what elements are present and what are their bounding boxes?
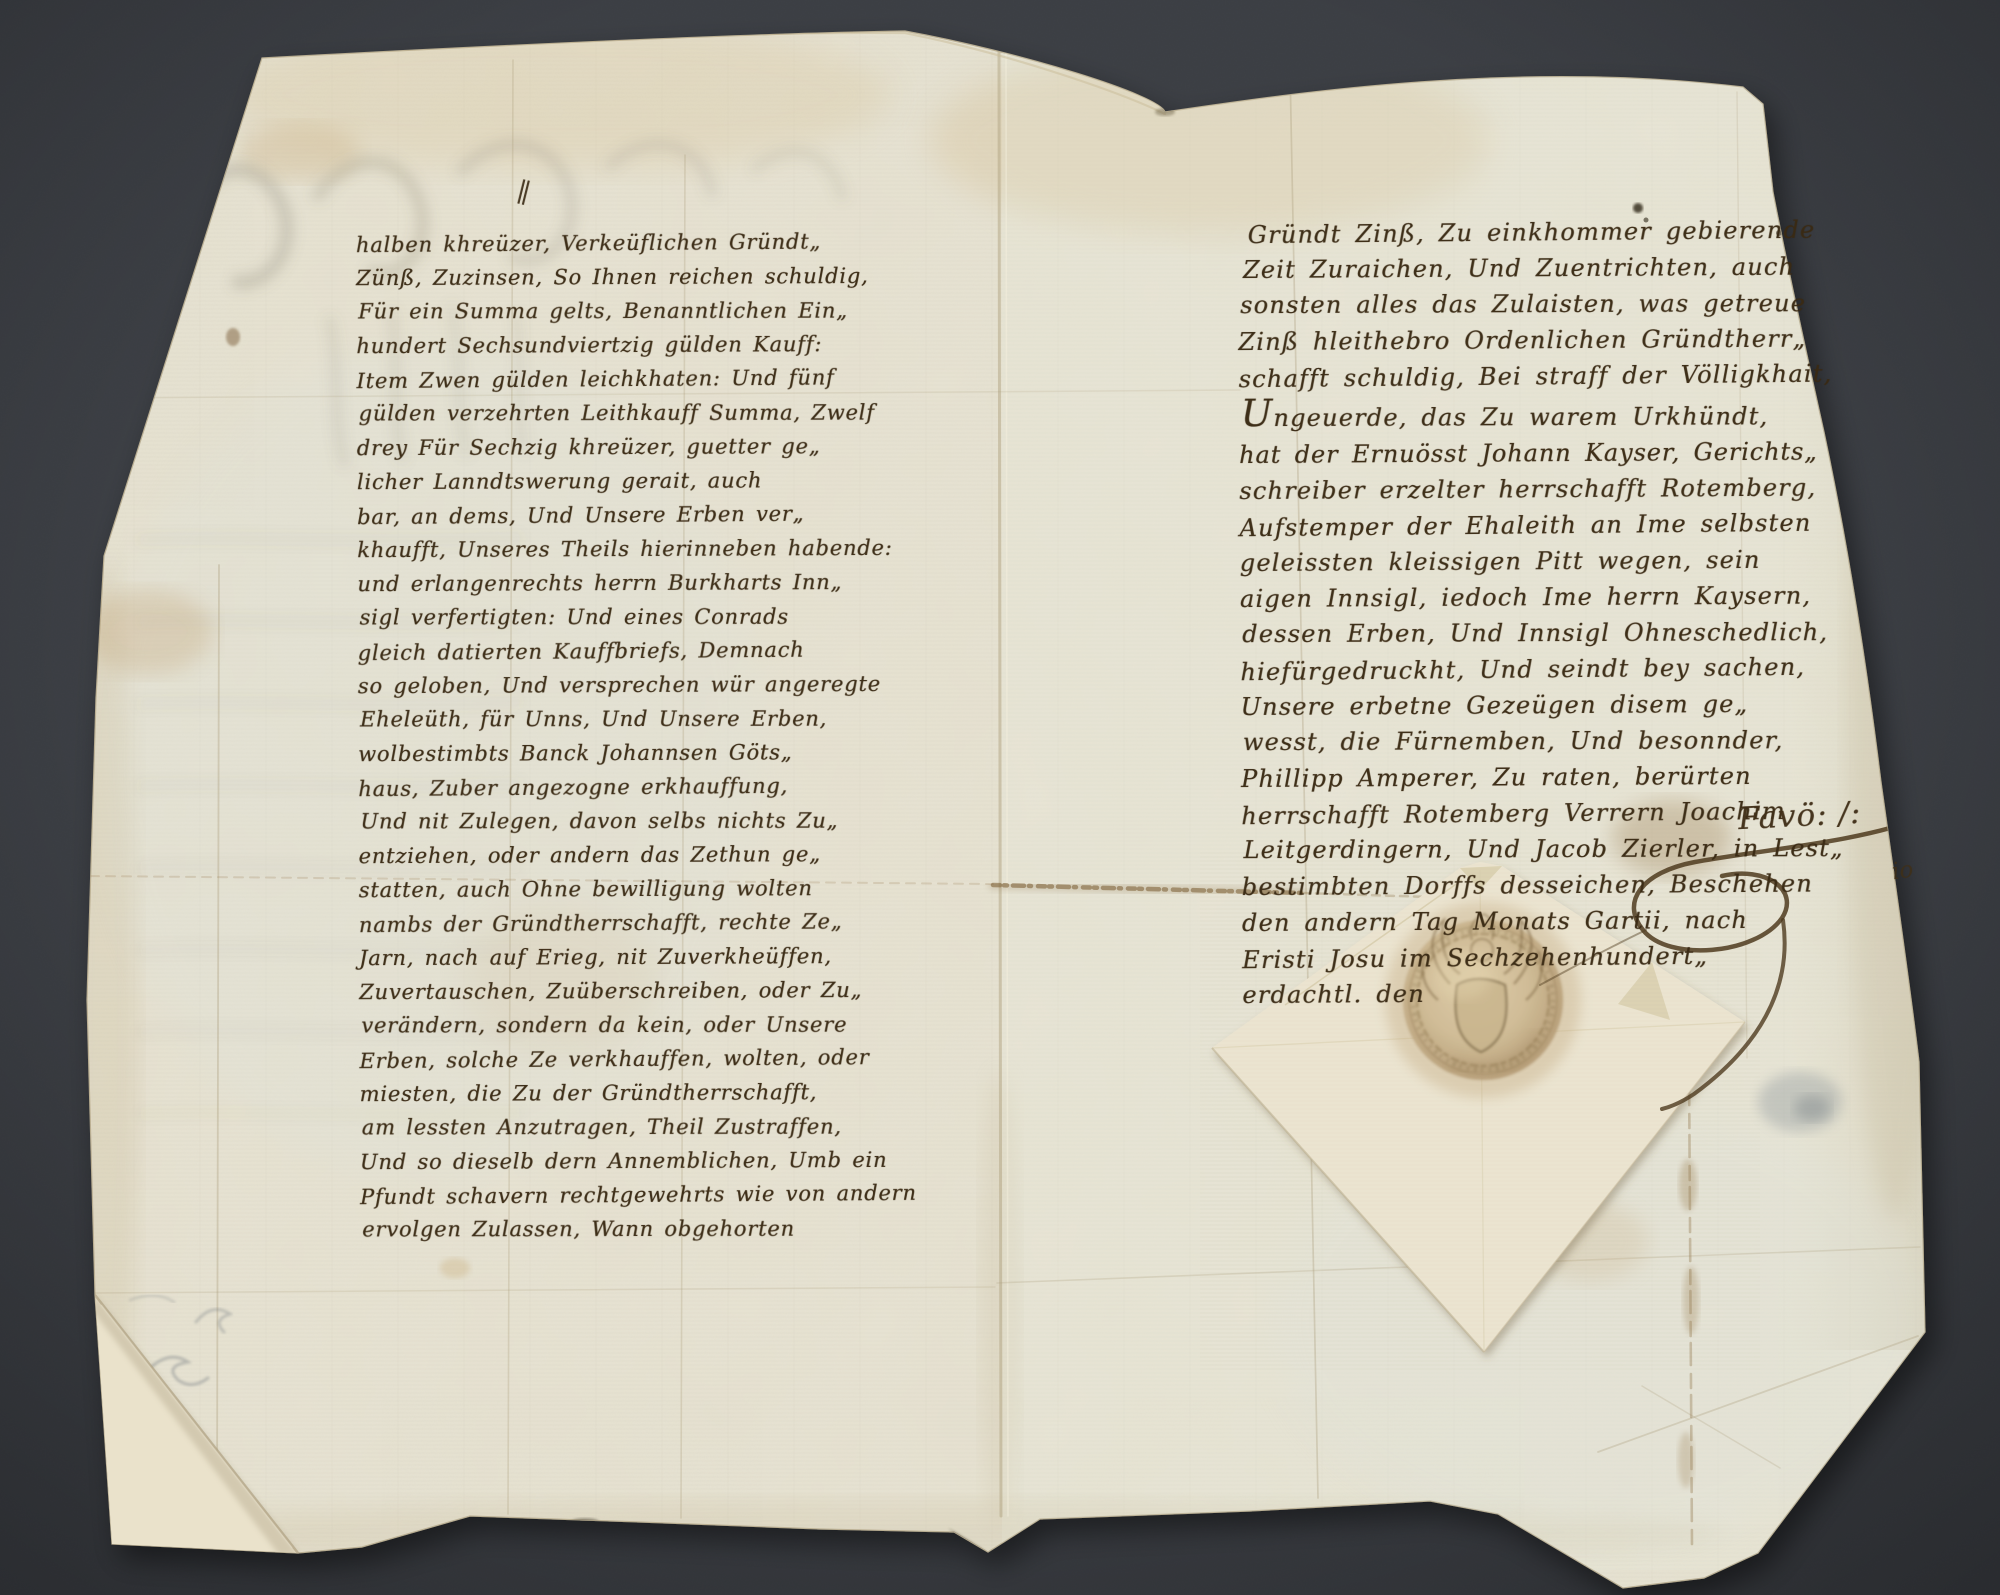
- manuscript-line: bar, an dems, Und Unsere Erben ver„: [357, 496, 917, 534]
- manuscript-line: Leitgerdingern, Und Jacob Zierler, in Le…: [1243, 830, 1923, 868]
- manuscript-line: wolbestimbts Banck Johannsen Göts„: [358, 735, 918, 771]
- closing-flourish-word: Favö: /:: [1737, 795, 1862, 837]
- manuscript-line: ervolgen Zulassen, Wann obgehorten: [362, 1212, 922, 1247]
- manuscript-line: hat der Ernuösst Johann Kayser, Gerichts…: [1239, 433, 1919, 473]
- manuscript-line: Unsere erbetne Gezeügen disem ge„: [1240, 685, 1920, 725]
- manuscript-line: khaufft, Unseres Theils hierinneben habe…: [357, 531, 917, 567]
- manuscript-line: Und nit Zulegen, davon selbs nichts Zu„: [360, 804, 920, 839]
- manuscript-line: miesten, die Zu der Gründtherrschafft,: [359, 1075, 919, 1111]
- manuscript-line: am lessten Anzutragen, Theil Zustraffen,: [362, 1110, 922, 1145]
- manuscript-line: Erben, solche Ze verkhauffen, wolten, od…: [359, 1040, 919, 1078]
- manuscript-line: gleich datierten Kauffbriefs, Demnach: [358, 632, 918, 670]
- manuscript-line: sigl verfertigten: Und eines Conrads: [359, 600, 919, 635]
- manuscript-line: halben khreüzer, Verkeüflichen Gründt„: [356, 224, 916, 262]
- manuscript-line: Aufstemper der Ehaleith an Ime selbsten: [1239, 504, 1919, 547]
- manuscript-line: Gründt Zinß, Zu einkhommer gebierende: [1248, 211, 1918, 253]
- manuscript-line: entziehen, oder andern das Zethun ge„: [358, 837, 918, 873]
- manuscript-line: Ungeuerde, das Zu warem Urkhündt,: [1241, 393, 1921, 436]
- manuscript-line: Item Zwen gülden leichkhaten: Und fünf: [356, 360, 916, 398]
- manuscript-line: hundert Sechsundviertzig gülden Kauff:: [356, 327, 916, 363]
- manuscript-line: wesst, die Fürnemben, Und besonnder,: [1243, 722, 1923, 760]
- manuscript-line: Pfundt schavern rechtgewehrts wie von an…: [360, 1176, 920, 1214]
- manuscript-line: Eristi Josu im Sechzehenhundert„: [1242, 936, 1922, 979]
- manuscript-line: bestimbten Dorffs desseichen, Beschehen: [1242, 865, 1922, 905]
- manuscript-line: Zinß hleithebro Ordenlichen Gründtherr„: [1238, 320, 1918, 360]
- manuscript-photo: ∥ halben khreüzer, Verkeüflichen Gründt„…: [0, 0, 2000, 1595]
- manuscript-line: Zünß, Zuzinsen, So Ihnen reichen schuldi…: [356, 259, 916, 295]
- manuscript-line: sonsten alles das Zulaisten, was getreue: [1240, 285, 1920, 323]
- manuscript-line: so geloben, Und versprechen wür angeregt…: [358, 667, 918, 703]
- left-text-column: halben khreüzer, Verkeüflichen Gründt„Zü…: [356, 225, 920, 1247]
- manuscript-line: Für ein Summa gelts, Benanntlichen Ein„: [358, 294, 918, 329]
- manuscript-line: verändern, sondern da kein, oder Unsere: [361, 1008, 921, 1043]
- manuscript-line: gülden verzehrten Leithkauff Summa, Zwel…: [359, 396, 919, 431]
- manuscript-line: schafft schuldig, Bei straff der Völligk…: [1238, 355, 1918, 398]
- manuscript-line: aigen Innsigl, iedoch Ime herrn Kaysern,: [1240, 577, 1920, 617]
- right-text-column: Gründt Zinß, Zu einkhommer gebierendeZei…: [1238, 212, 1923, 1013]
- manuscript-line: Und so dieselb dern Annemblichen, Umb ei…: [360, 1143, 920, 1179]
- manuscript-line: und erlangenrechts herrn Burkharts Inn„: [357, 565, 917, 601]
- manuscript-line: dessen Erben, Und Innsigl Ohneschedlich,: [1242, 614, 1922, 652]
- manuscript-line: statten, auch Ohne bewilligung wolten: [359, 871, 919, 907]
- manuscript-line: Jarn, nach auf Erieg, nit Zuverkheüffen,: [359, 939, 919, 975]
- manuscript-line: haus, Zuber angezogne erkhauffung,: [358, 768, 918, 806]
- closing-flourish-mark: io: [1890, 857, 1915, 886]
- manuscript-line: Zeit Zuraichen, Und Zuentrichten, auch: [1243, 248, 1918, 288]
- manuscript-line: schreiber erzelter herrschafft Rotemberg…: [1239, 469, 1919, 509]
- manuscript-line: Phillipp Amperer, Zu raten, berürten: [1241, 757, 1921, 797]
- manuscript-line: nambs der Gründtherrschafft, rechte Ze„: [359, 904, 919, 942]
- manuscript-line: erdachtl. den: [1242, 973, 1922, 1013]
- manuscript-line: hiefürgedruckht, Und seindt bey sachen,: [1240, 648, 1920, 691]
- manuscript-line: Eheleüth, für Unns, Und Unsere Erben,: [360, 702, 920, 737]
- manuscript-line: den andern Tag Monats Gartii, nach: [1242, 901, 1922, 941]
- manuscript-line: licher Lanndtswerung gerait, auch: [357, 463, 917, 499]
- manuscript-line: geleissten kleissigen Pitt wegen, sein: [1240, 541, 1920, 581]
- manuscript-line: Zuvertauschen, Zuüberschreiben, oder Zu„: [359, 973, 919, 1009]
- manuscript-line: drey Für Sechzig khreüzer, guetter ge„: [357, 429, 917, 465]
